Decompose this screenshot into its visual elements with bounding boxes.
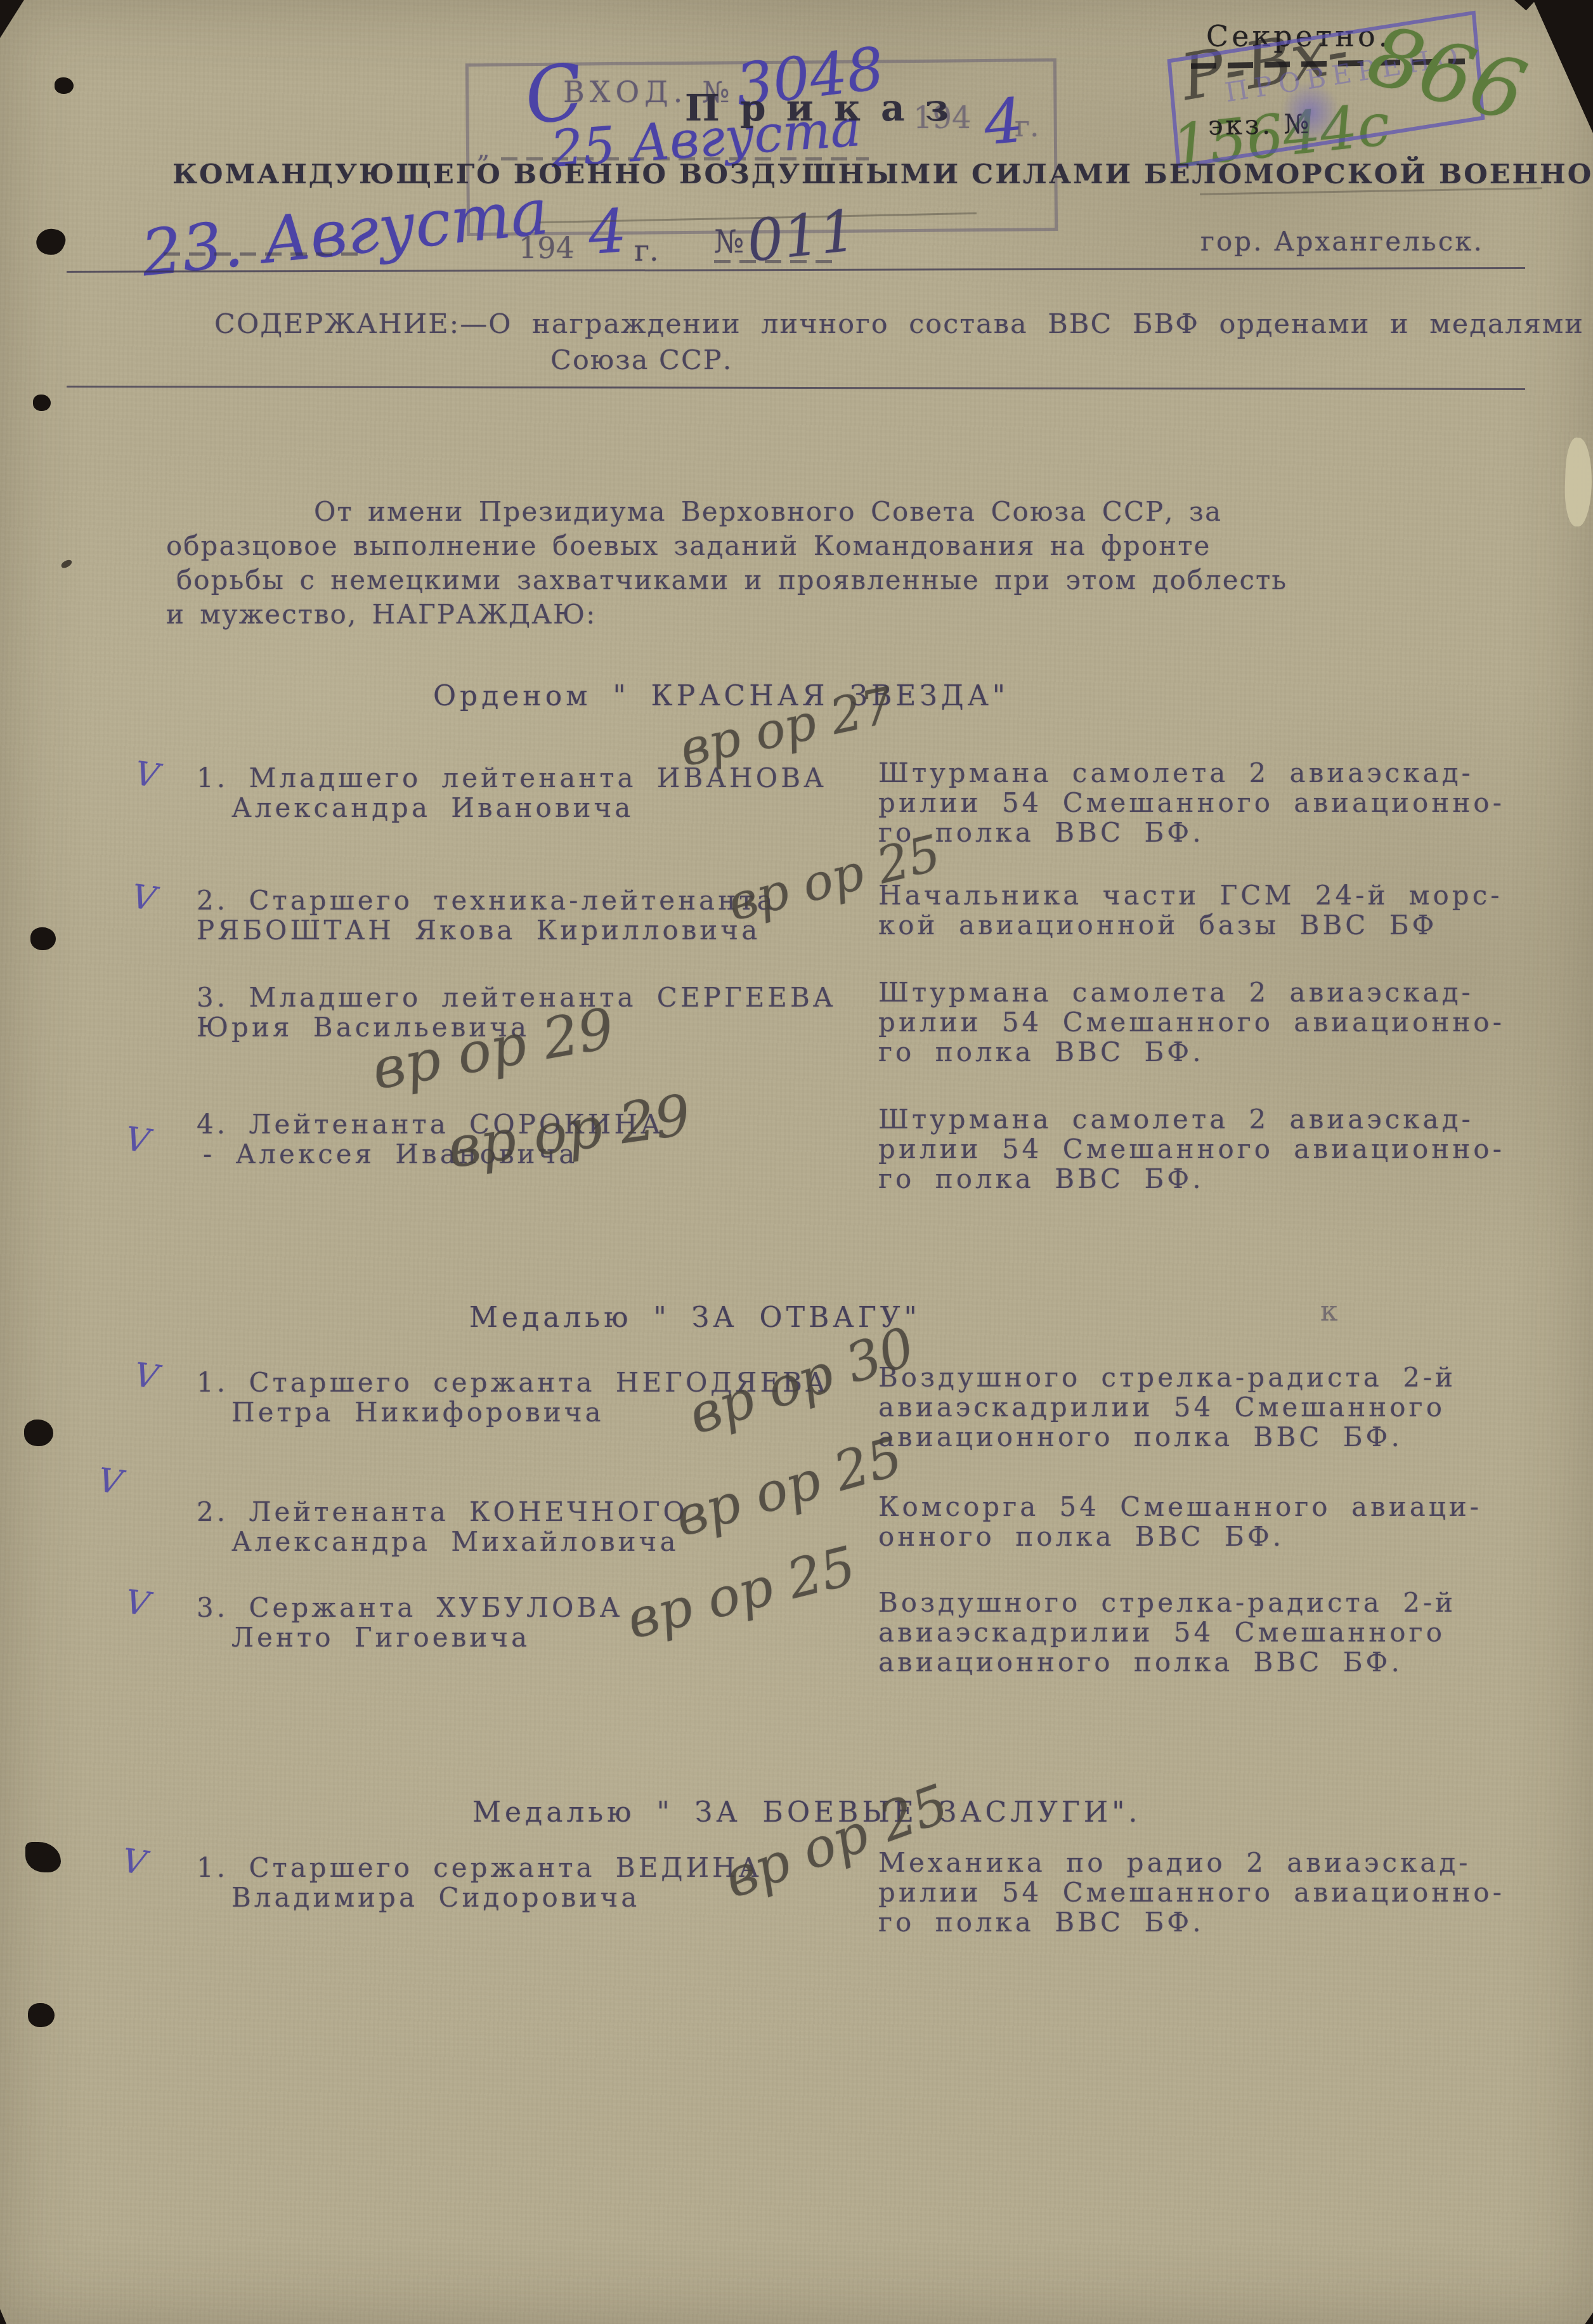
punch-hole xyxy=(33,225,68,259)
divider-rule xyxy=(67,386,1525,390)
date-underline xyxy=(164,252,361,256)
entry-right-line: авиаэскадрилии 54 Смешанного xyxy=(878,1617,1456,1647)
entry-left-line: РЯБОШТАН Якова Кирилловича xyxy=(197,915,776,945)
checkmark: V xyxy=(129,878,159,919)
entry-left-line: Ленто Гигоевича xyxy=(197,1622,623,1652)
entry-right-line: рилии 54 Смешанного авиационно- xyxy=(878,788,1505,818)
intro-line: От имени Президиума Верховного Совета Со… xyxy=(314,496,1222,527)
entry-right-line: Начальника части ГСМ 24-й морс- xyxy=(878,880,1502,910)
punch-hole xyxy=(30,927,56,950)
checkmark: V xyxy=(120,1842,149,1883)
handwritten-order-date: 23. Августа xyxy=(138,174,552,291)
org-line: КОМАНДУЮЩЕГО ВОЕННО ВОЗДУШНЫМИ СИЛАМИ БЕ… xyxy=(172,159,1593,190)
torn-edge xyxy=(1564,437,1593,526)
entry-left-line: 3. Младшего лейтенанта СЕРГЕЕВА xyxy=(197,982,836,1012)
intro-line: образцовое выполнение боевых заданий Ком… xyxy=(166,530,1211,561)
checkmark: V xyxy=(96,1461,125,1503)
entry-left-line: 1. Старшего сержанта ВЕДИНА xyxy=(197,1853,762,1883)
entry-right-line: Механика по радио 2 авиаэскад- xyxy=(878,1848,1505,1877)
ink-blob xyxy=(1281,81,1339,143)
paper-speck xyxy=(60,558,74,570)
entry-right-line: авиационного полка ВВС БФ. xyxy=(878,1422,1456,1452)
entry-right-line: Штурмана самолета 2 авиаэскад- xyxy=(878,1104,1505,1134)
entry-right-line: го полка ВВС БФ. xyxy=(878,1164,1505,1194)
entry-left-line: 2. Лейтенанта КОНЕЧНОГО xyxy=(197,1497,688,1527)
subject-line-2: Союза ССР. xyxy=(550,344,732,376)
punch-hole xyxy=(25,1842,61,1872)
punch-hole xyxy=(55,77,74,94)
subject-text: О награждении личного состава ВВС БВФ ор… xyxy=(488,308,1584,340)
handwritten-order-number: 011 xyxy=(744,197,859,275)
handwritten-year-digit-2: 4 xyxy=(586,197,628,268)
entry-right-line: кой авиационной базы ВВС БФ xyxy=(878,910,1502,940)
number-underline xyxy=(714,260,835,263)
entry-left-line: 2. Старшего техника-лейтенанта xyxy=(197,885,776,915)
entry-left-line: Александра Ивановича xyxy=(197,793,827,823)
order-number-label: № xyxy=(714,223,744,260)
margin-mark: к xyxy=(1320,1295,1338,1328)
entry-right-line: Штурмана самолета 2 авиаэскад- xyxy=(878,758,1505,788)
intro-line: борьбы с немецкими захватчиками и проявл… xyxy=(176,565,1287,596)
order-title: П р и к а з xyxy=(685,86,953,129)
typed-year: 194 xyxy=(519,231,575,265)
intro-line: и мужество, НАГРАЖДАЮ: xyxy=(166,599,596,630)
typed-year-suffix: г. xyxy=(634,233,659,268)
stamp-year-suffix: г. xyxy=(1015,109,1039,143)
entry-right-line: Комсорга 54 Смешанного авиаци- xyxy=(878,1492,1482,1522)
entry-right-line: го полка ВВС БФ. xyxy=(878,818,1505,847)
city-label: гор. Архангельск. xyxy=(1200,226,1484,257)
entry-right-line: онного полка ВВС БФ. xyxy=(878,1522,1482,1551)
entry-right-line: Штурмана самолета 2 авиаэскад- xyxy=(878,977,1505,1007)
entry-right-line: го полка ВВС БФ. xyxy=(878,1037,1505,1067)
checkmark: V xyxy=(133,755,162,796)
subject-label: СОДЕРЖАНИЕ:— xyxy=(214,308,488,340)
entry-right-line: авиаэскадрилии 54 Смешанного xyxy=(878,1392,1456,1422)
checkmark: V xyxy=(132,1356,161,1397)
subject-line: СОДЕРЖАНИЕ:—О награждении личного состав… xyxy=(214,308,1584,340)
checkmark: V xyxy=(123,1120,152,1161)
section-heading-za-otvagu: Медалью " ЗА ОТВАГУ" xyxy=(469,1302,921,1334)
section-heading-red-star: Орденом " КРАСНАЯ ЗВЕЗДА" xyxy=(433,680,1009,712)
checkmark: V xyxy=(123,1583,152,1624)
entry-right-line: рилии 54 Смешанного авиационно- xyxy=(878,1877,1505,1907)
punch-hole xyxy=(28,2003,55,2027)
punch-hole xyxy=(33,395,51,411)
entry-right-line: рилии 54 Смешанного авиационно- xyxy=(878,1134,1505,1164)
entry-left-line: Владимира Сидоровича xyxy=(197,1883,762,1912)
document-page: С ВХОД. № 3048 „ 194 4 г. 25 Августа П р… xyxy=(0,0,1593,2324)
entry-right-line: рилии 54 Смешанного авиационно- xyxy=(878,1007,1505,1037)
entry-left-line: Александра Михайловича xyxy=(197,1527,688,1557)
entry-right-line: Воздушного стрелка-радиста 2-й xyxy=(878,1362,1456,1392)
entry-left-line: 3. Сержанта ХУБУЛОВА xyxy=(197,1593,623,1622)
entry-right-line: го полка ВВС БФ. xyxy=(878,1907,1505,1937)
entry-right-line: Воздушного стрелка-радиста 2-й xyxy=(878,1588,1456,1617)
entry-right-line: авиационного полка ВВС БФ. xyxy=(878,1647,1456,1677)
punch-hole xyxy=(24,1420,53,1446)
